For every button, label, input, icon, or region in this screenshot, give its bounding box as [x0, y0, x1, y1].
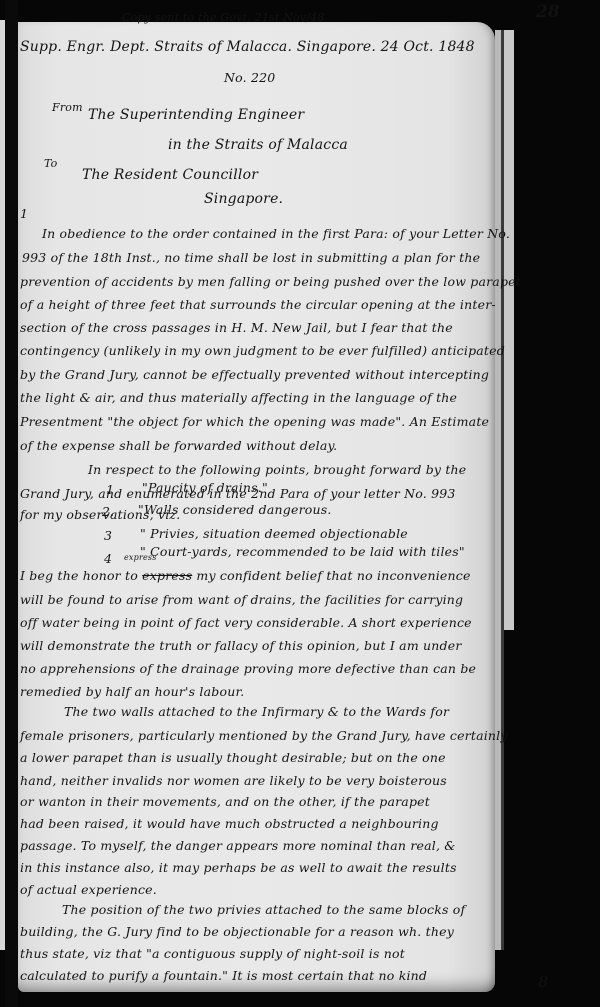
from-line-2: in the Straits of Malacca: [168, 138, 348, 152]
copy-sent-annotation: Copy sent to the Govt. 21st Nov/48: [122, 12, 325, 23]
text-line: will demonstrate the truth or fallacy of…: [20, 640, 462, 653]
list-text: "Walls considered dangerous.: [138, 504, 332, 517]
list-text: " Privies, situation deemed objectionabl…: [140, 528, 408, 541]
text-line: in this instance also, it may perhaps be…: [20, 862, 457, 875]
text-line: no apprehensions of the drainage proving…: [20, 663, 476, 676]
text-line: of the expense shall be forwarded withou…: [20, 440, 337, 453]
text-line: building, the G. Jury find to be objecti…: [20, 926, 454, 939]
list-number: 1: [106, 484, 114, 497]
book-binding-gutter: [5, 0, 18, 1007]
text-line: Presentment "the object for which the op…: [20, 416, 489, 429]
folio-mark: 8: [538, 972, 548, 991]
list-number: 2.: [102, 506, 114, 519]
list-number: 4: [104, 553, 112, 566]
text-line: will be found to arise from want of drai…: [20, 594, 463, 607]
to-line-1: The Resident Councillor: [82, 168, 258, 182]
page-stack-edge-light: [504, 30, 514, 630]
text-line: by the Grand Jury, cannot be effectually…: [20, 369, 489, 382]
text-line: passage. To myself, the danger appears m…: [20, 840, 456, 853]
text-line: female prisoners, particularly mentioned…: [20, 730, 508, 743]
text-line: had been raised, it would have much obst…: [20, 818, 439, 831]
text-line: I beg the honor to express my confident …: [20, 570, 471, 583]
margin-mark: 1: [20, 208, 28, 221]
interlinear-insertion: express: [124, 554, 157, 562]
text-line: calculated to purify a fountain." It is …: [20, 970, 427, 983]
letter-number: No. 220: [224, 72, 275, 85]
text-line: section of the cross passages in H. M. N…: [20, 322, 453, 335]
text-line: In respect to the following points, brou…: [88, 464, 466, 477]
from-label: From: [52, 102, 83, 113]
list-text: " Court-yards, recommended to be laid wi…: [140, 546, 465, 559]
to-label: To: [44, 158, 58, 169]
text-line: remedied by half an hour's labour.: [20, 686, 244, 699]
text-line: or wanton in their movements, and on the…: [20, 796, 430, 809]
text-line: The position of the two privies attached…: [62, 904, 465, 917]
list-text: "Paucity of drains.": [142, 482, 268, 495]
text-line: of actual experience.: [20, 884, 157, 897]
text-line: of a height of three feet that surrounds…: [20, 299, 496, 312]
to-line-2: Singapore.: [204, 192, 283, 206]
from-line-1: The Superintending Engineer: [88, 108, 304, 122]
text-line: thus state, viz that "a contiguous suppl…: [20, 948, 405, 961]
text-line: 993 of the 18th Inst., no time shall be …: [22, 252, 480, 265]
text-line: The two walls attached to the Infirmary …: [64, 706, 449, 719]
header-line: Supp. Engr. Dept. Straits of Malacca. Si…: [20, 40, 475, 54]
scanned-manuscript: Copy sent to the Govt. 21st Nov/48 28 Su…: [0, 0, 600, 1007]
page-number: 28: [536, 2, 560, 22]
text-line: off water being in point of fact very co…: [20, 617, 472, 630]
text-line: prevention of accidents by men falling o…: [20, 276, 521, 289]
text-line: contingency (unlikely in my own judgment…: [20, 345, 505, 358]
text-line: hand, neither invalids nor women are lik…: [20, 775, 447, 788]
text-line: the light & air, and thus materially aff…: [20, 392, 457, 405]
text-line: In obedience to the order contained in t…: [42, 228, 510, 241]
struck-word: express: [142, 568, 192, 583]
list-number: 3: [104, 530, 112, 543]
text-line: a lower parapet than is usually thought …: [20, 752, 446, 765]
